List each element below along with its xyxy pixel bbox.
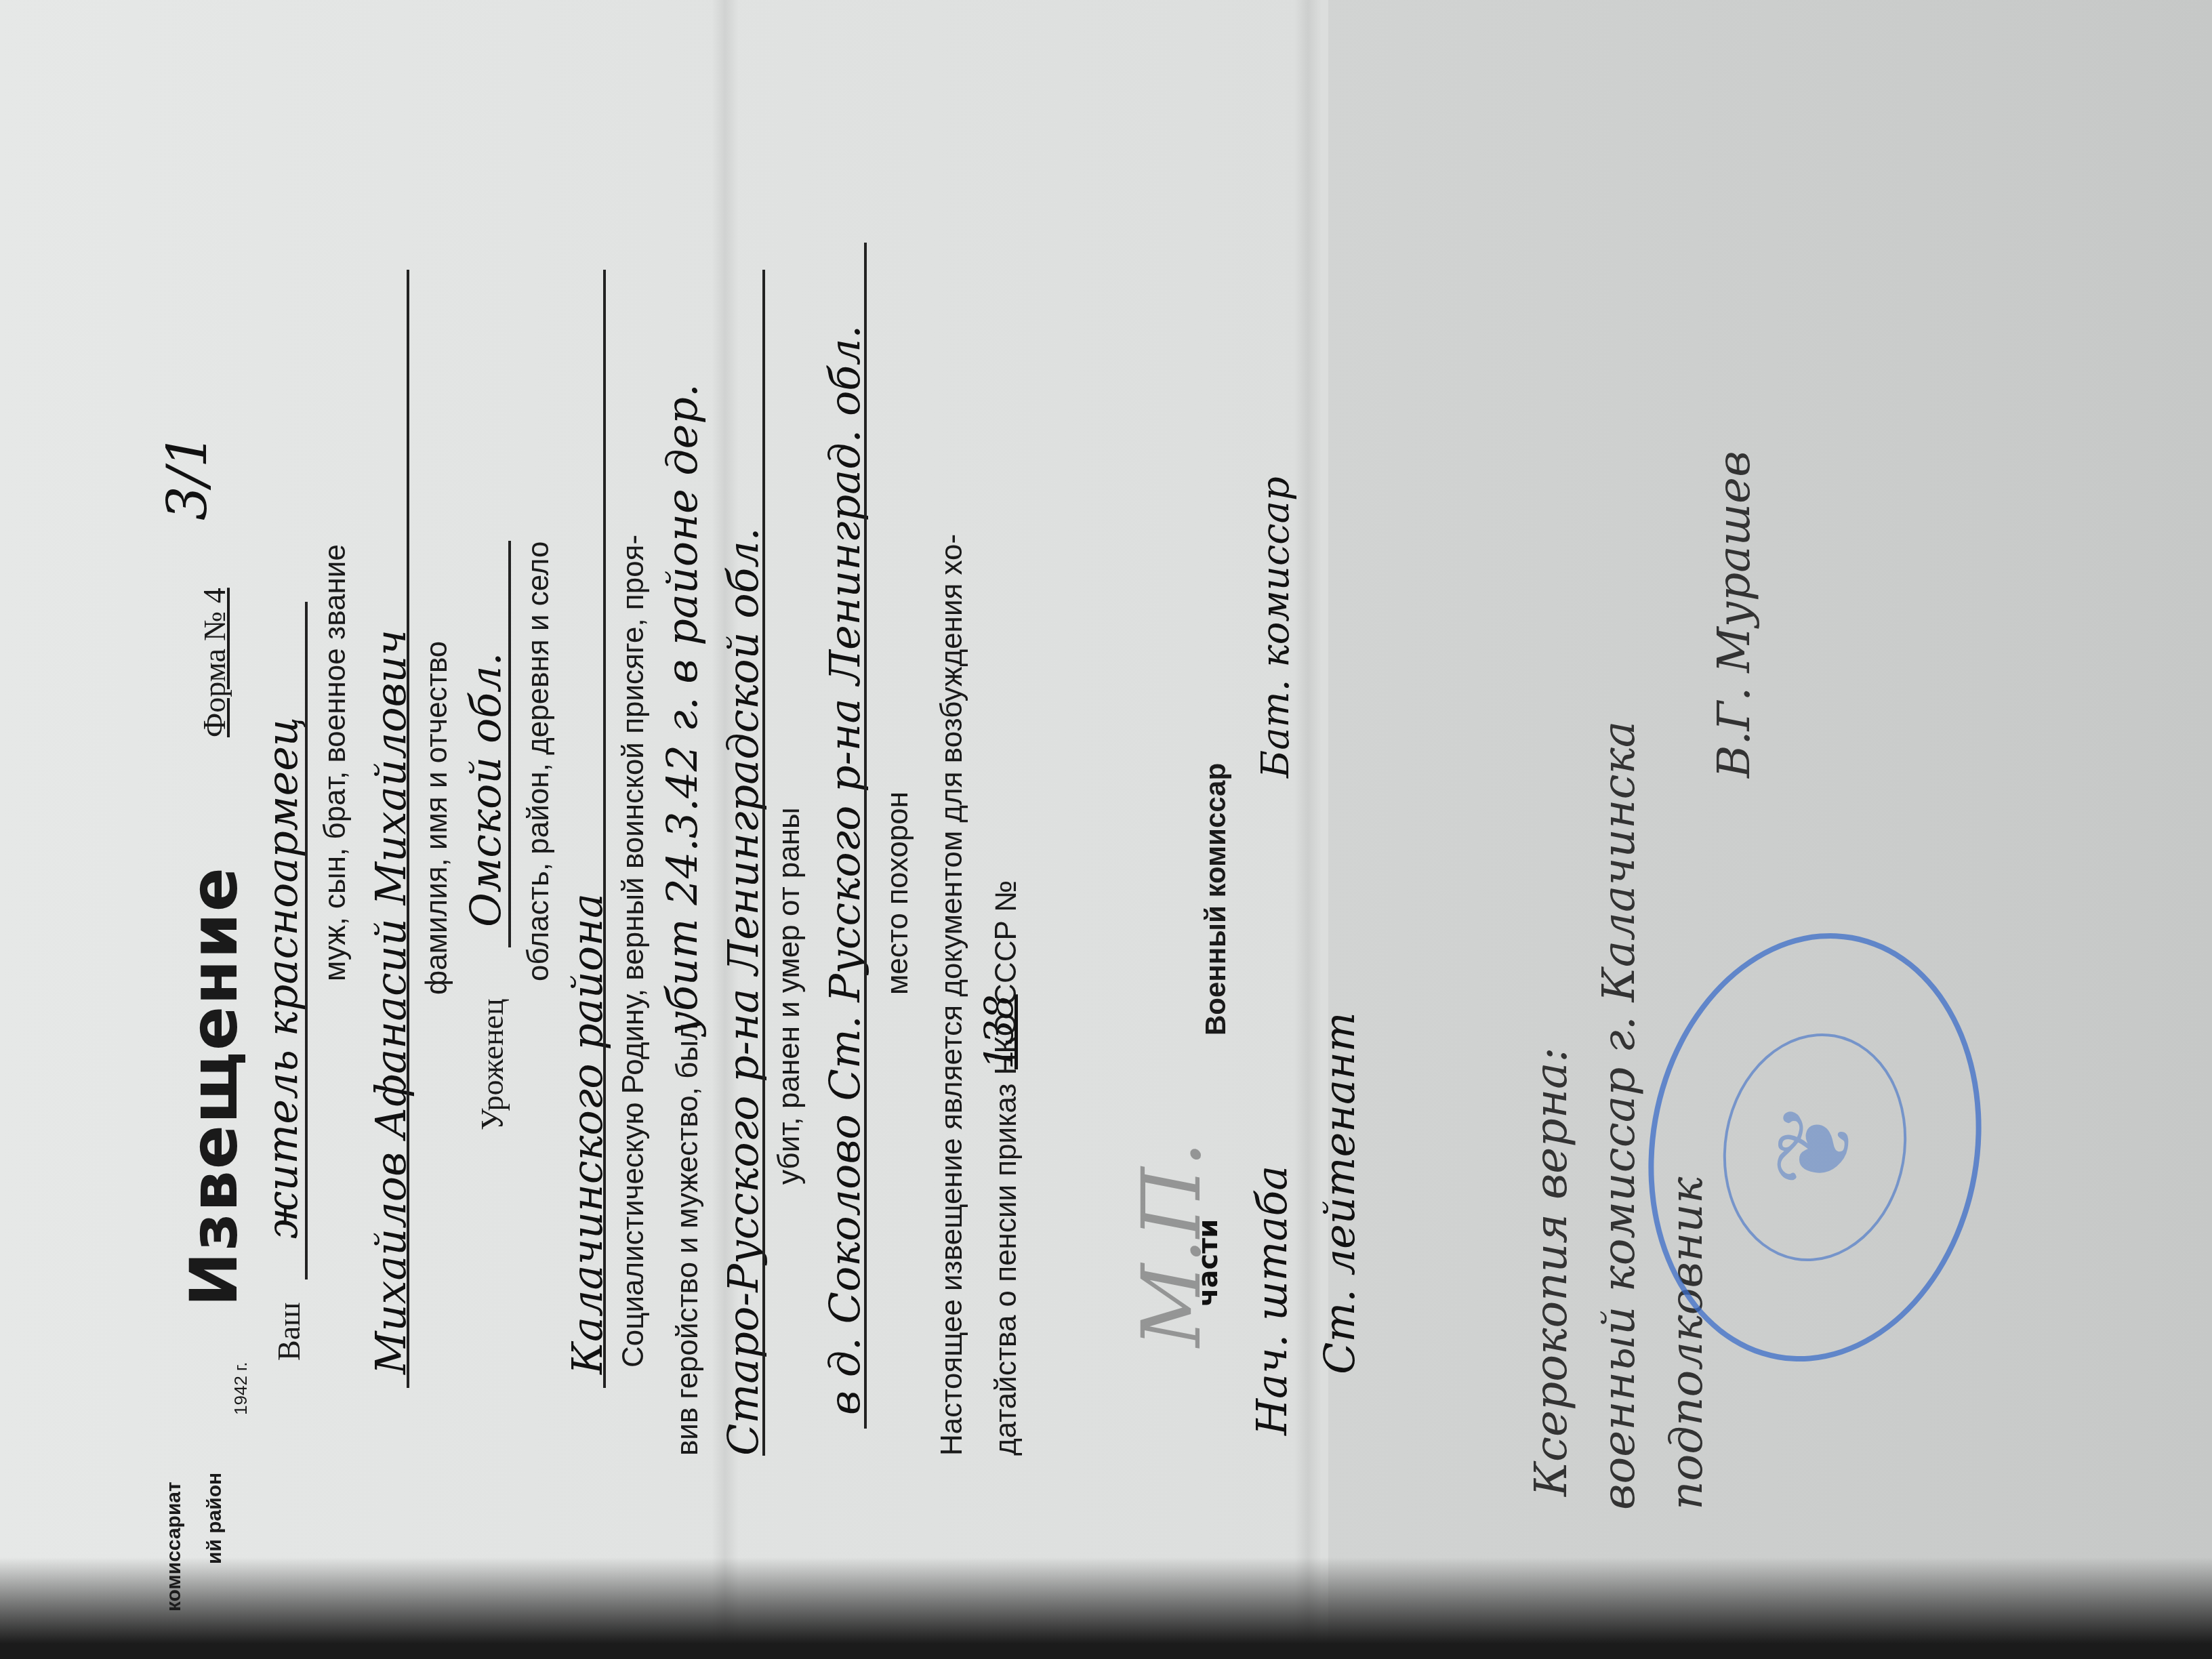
- form-number: Форма № 4: [197, 588, 232, 737]
- certification-copy-note: Ксерокопия верна:: [1525, 1047, 1577, 1496]
- field-label: Ваш: [271, 1302, 307, 1361]
- field-value-region: Омской обл.: [461, 653, 510, 927]
- header-year: 1942 г.: [230, 1361, 251, 1415]
- death-date: убит 24.3.42 г. в районе дер.: [657, 384, 707, 1036]
- field-value-relation: житель красноармеец: [258, 717, 307, 1239]
- commissar-signature: Бат. комиссар: [1254, 476, 1298, 778]
- header-fragment: ий район: [203, 1473, 226, 1564]
- unit-signature: Нач. штаба: [1247, 1166, 1296, 1435]
- order-number: 138: [976, 994, 1022, 1069]
- body-text: вив геройство и мужество, был: [671, 1023, 705, 1456]
- body-text: датайства о пенсии приказ НКО СССР №: [989, 880, 1023, 1456]
- body-text: убит, ранен и умер от раны: [773, 807, 806, 1185]
- field-label-born: Уроженец: [474, 998, 510, 1130]
- form-annotation: 3/1: [156, 433, 219, 520]
- page-title: Извещение: [176, 866, 252, 1307]
- photo-shadow-edge: [0, 1557, 2212, 1659]
- body-text: место похорон: [881, 792, 915, 995]
- unit-signature: Ст. лейтенант: [1315, 1012, 1364, 1374]
- certification-name: В.Г. Мурашев: [1708, 451, 1760, 778]
- body-text: Настоящее извещение является документом …: [935, 534, 969, 1456]
- certification-line: военный комиссар г. Калачинска: [1593, 721, 1645, 1510]
- lower-sheet-content: Бат. комиссар Нач. штаба Ст. лейтенант К…: [1240, 0, 2212, 1659]
- field-label: фамилия, имя и отчество: [420, 641, 454, 995]
- faint-signature: М.П.: [1125, 1141, 1219, 1347]
- burial-place: в д. Соколово Ст. Русского р-на Ленингра…: [820, 325, 869, 1415]
- death-place: Старо-Русского р-на Ленинградской обл.: [718, 527, 768, 1456]
- field-label: область, район, деревня и село: [522, 541, 556, 981]
- field-label: муж, сын, брат, военное звание: [319, 544, 352, 981]
- notice-document: комиссариат ий район 1942 г. Извещение Ф…: [0, 0, 1328, 1659]
- commissar-label: Военный комиссар: [1200, 763, 1232, 1036]
- body-text: Социалистическую Родину, верный воинской…: [617, 535, 651, 1368]
